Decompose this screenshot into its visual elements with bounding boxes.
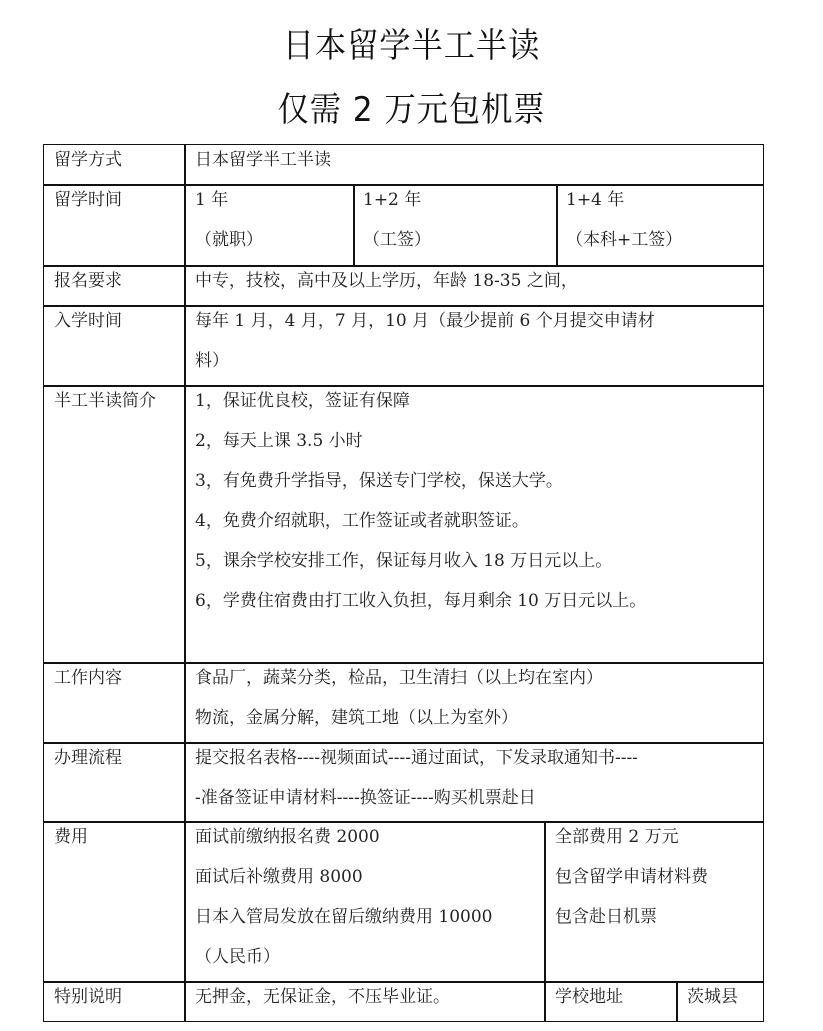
fee-line: （人民币） (195, 937, 492, 977)
fees-summary: 全部费用 2 万元 包含留学申请材料费 包含赴日机票 (555, 817, 708, 937)
process-line: 提交报名表格----视频面试----通过面试，下发录取通知书---- (195, 738, 638, 778)
value-intro: 1，保证优良校，签证有保障 2，每天上课 3.5 小时 3，有免费升学指导，保送… (195, 381, 646, 621)
label-process: 办理流程 (54, 738, 122, 778)
work-line: 物流，金属分解，建筑工地（以上为室外） (195, 698, 603, 738)
page-title: 日本留学半工半读 (33, 18, 790, 67)
intro-item: 2，每天上课 3.5 小时 (195, 421, 646, 461)
intro-item: 6，学费住宿费由打工收入负担，每月剩余 10 万日元以上。 (195, 581, 646, 621)
fees-divider (544, 821, 546, 1022)
fee-line: 面试前缴纳报名费 2000 (195, 817, 492, 857)
label-intro: 半工半读简介 (54, 381, 156, 421)
label-address: 学校地址 (555, 977, 623, 1017)
duration-years: 1+4 年 (566, 180, 682, 220)
label-notes: 特别说明 (54, 977, 122, 1017)
label-enrollment: 入学时间 (54, 301, 122, 341)
enrollment-line: 料） (195, 341, 655, 381)
value-address: 茨城县 (687, 977, 738, 1017)
intro-item: 4，免费介绍就职，工作签证或者就职签证。 (195, 501, 646, 541)
label-column-divider (184, 144, 186, 1022)
process-line: -准备签证申请材料----换签证----购买机票赴日 (195, 778, 638, 818)
value-requirements: 中专，技校，高中及以上学历，年龄 18-35 之间， (195, 261, 578, 301)
intro-item: 5，课余学校安排工作，保证每月收入 18 万日元以上。 (195, 541, 646, 581)
fee-line: 日本入管局发放在留后缴纳费用 10000 (195, 897, 492, 937)
fee-summary-line: 包含留学申请材料费 (555, 857, 708, 897)
value-work: 食品厂，蔬菜分类，检品，卫生清扫（以上均在室内） 物流，金属分解，建筑工地（以上… (195, 658, 603, 738)
fee-summary-line: 包含赴日机票 (555, 897, 708, 937)
label-method: 留学方式 (54, 140, 122, 180)
duration-option-3: 1+4 年 （本科+工签） (566, 180, 682, 260)
work-line: 食品厂，蔬菜分类，检品，卫生清扫（以上均在室内） (195, 658, 603, 698)
duration-years: 1 年 (195, 180, 263, 220)
label-work: 工作内容 (54, 658, 122, 698)
label-duration: 留学时间 (54, 180, 122, 220)
address-divider (676, 981, 678, 1022)
duration-option-2: 1+2 年 （工签） (363, 180, 431, 260)
intro-item: 1，保证优良校，签证有保障 (195, 381, 646, 421)
value-process: 提交报名表格----视频面试----通过面试，下发录取通知书---- -准备签证… (195, 738, 638, 818)
duration-divider-1 (353, 184, 355, 265)
page-subtitle: 仅需 2 万元包机票 (33, 82, 790, 131)
label-requirements: 报名要求 (54, 261, 122, 301)
intro-item: 3，有免费升学指导，保送专门学校，保送大学。 (195, 461, 646, 501)
label-fees: 费用 (54, 817, 88, 857)
duration-type: （就职） (195, 220, 263, 260)
fee-summary-line: 全部费用 2 万元 (555, 817, 708, 857)
duration-type: （本科+工签） (566, 220, 682, 260)
value-fees: 面试前缴纳报名费 2000 面试后补缴费用 8000 日本入管局发放在留后缴纳费… (195, 817, 492, 977)
duration-years: 1+2 年 (363, 180, 431, 220)
value-enrollment: 每年 1 月，4 月，7 月，10 月（最少提前 6 个月提交申请材 料） (195, 301, 655, 381)
duration-type: （工签） (363, 220, 431, 260)
duration-option-1: 1 年 （就职） (195, 180, 263, 260)
enrollment-line: 每年 1 月，4 月，7 月，10 月（最少提前 6 个月提交申请材 (195, 301, 655, 341)
value-method: 日本留学半工半读 (195, 140, 331, 180)
value-notes: 无押金，无保证金，不压毕业证。 (195, 977, 450, 1017)
duration-divider-2 (556, 184, 558, 265)
fee-line: 面试后补缴费用 8000 (195, 857, 492, 897)
